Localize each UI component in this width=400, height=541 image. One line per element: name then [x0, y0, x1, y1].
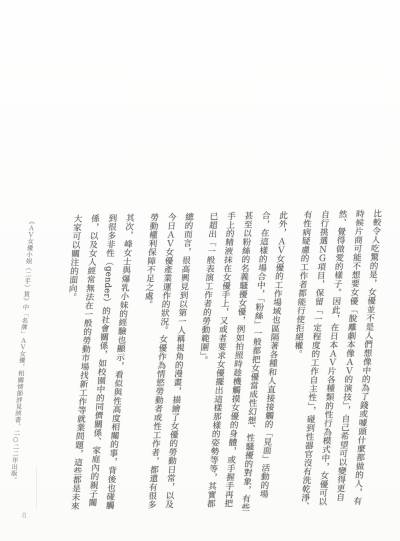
paragraph-2: 此外，ＡＶ女優的工作場域也區隔著各種和人直接接觸的「見面」活動的場合，在這樣的場…	[183, 211, 291, 516]
paragraph-1: 比較令人吃驚的是，女優並不是人們想像中的為了錢或噱頭什麼都做的人，有時候片商可能…	[277, 209, 385, 514]
page-number: 8	[22, 512, 26, 520]
main-text-block: 比較令人吃驚的是，女優並不是人們想像中的為了錢或噱頭什麼都做的人，有時候片商可能…	[47, 209, 385, 518]
margin-note: 《ＡＶ女優小姐（二手）貨》中「名牌」ＡＶ女優，相關情節詳見該書，二○二二年出版。	[6, 218, 35, 487]
paragraph-4: 其次，峰女士與爆乳小妹的經驗也顯示，看似與性高度相關的事，背後也碰觸到很多非性（…	[47, 213, 138, 518]
book-page: 比較令人吃驚的是，女優並不是人們想像中的為了錢或噱頭什麼都做的人，有時候片商可能…	[0, 0, 400, 541]
scan-skew-wrapper: 比較令人吃驚的是，女優並不是人們想像中的為了錢或噱頭什麼都做的人，有時候片商可能…	[0, 0, 400, 541]
page-crease	[36, 468, 37, 508]
